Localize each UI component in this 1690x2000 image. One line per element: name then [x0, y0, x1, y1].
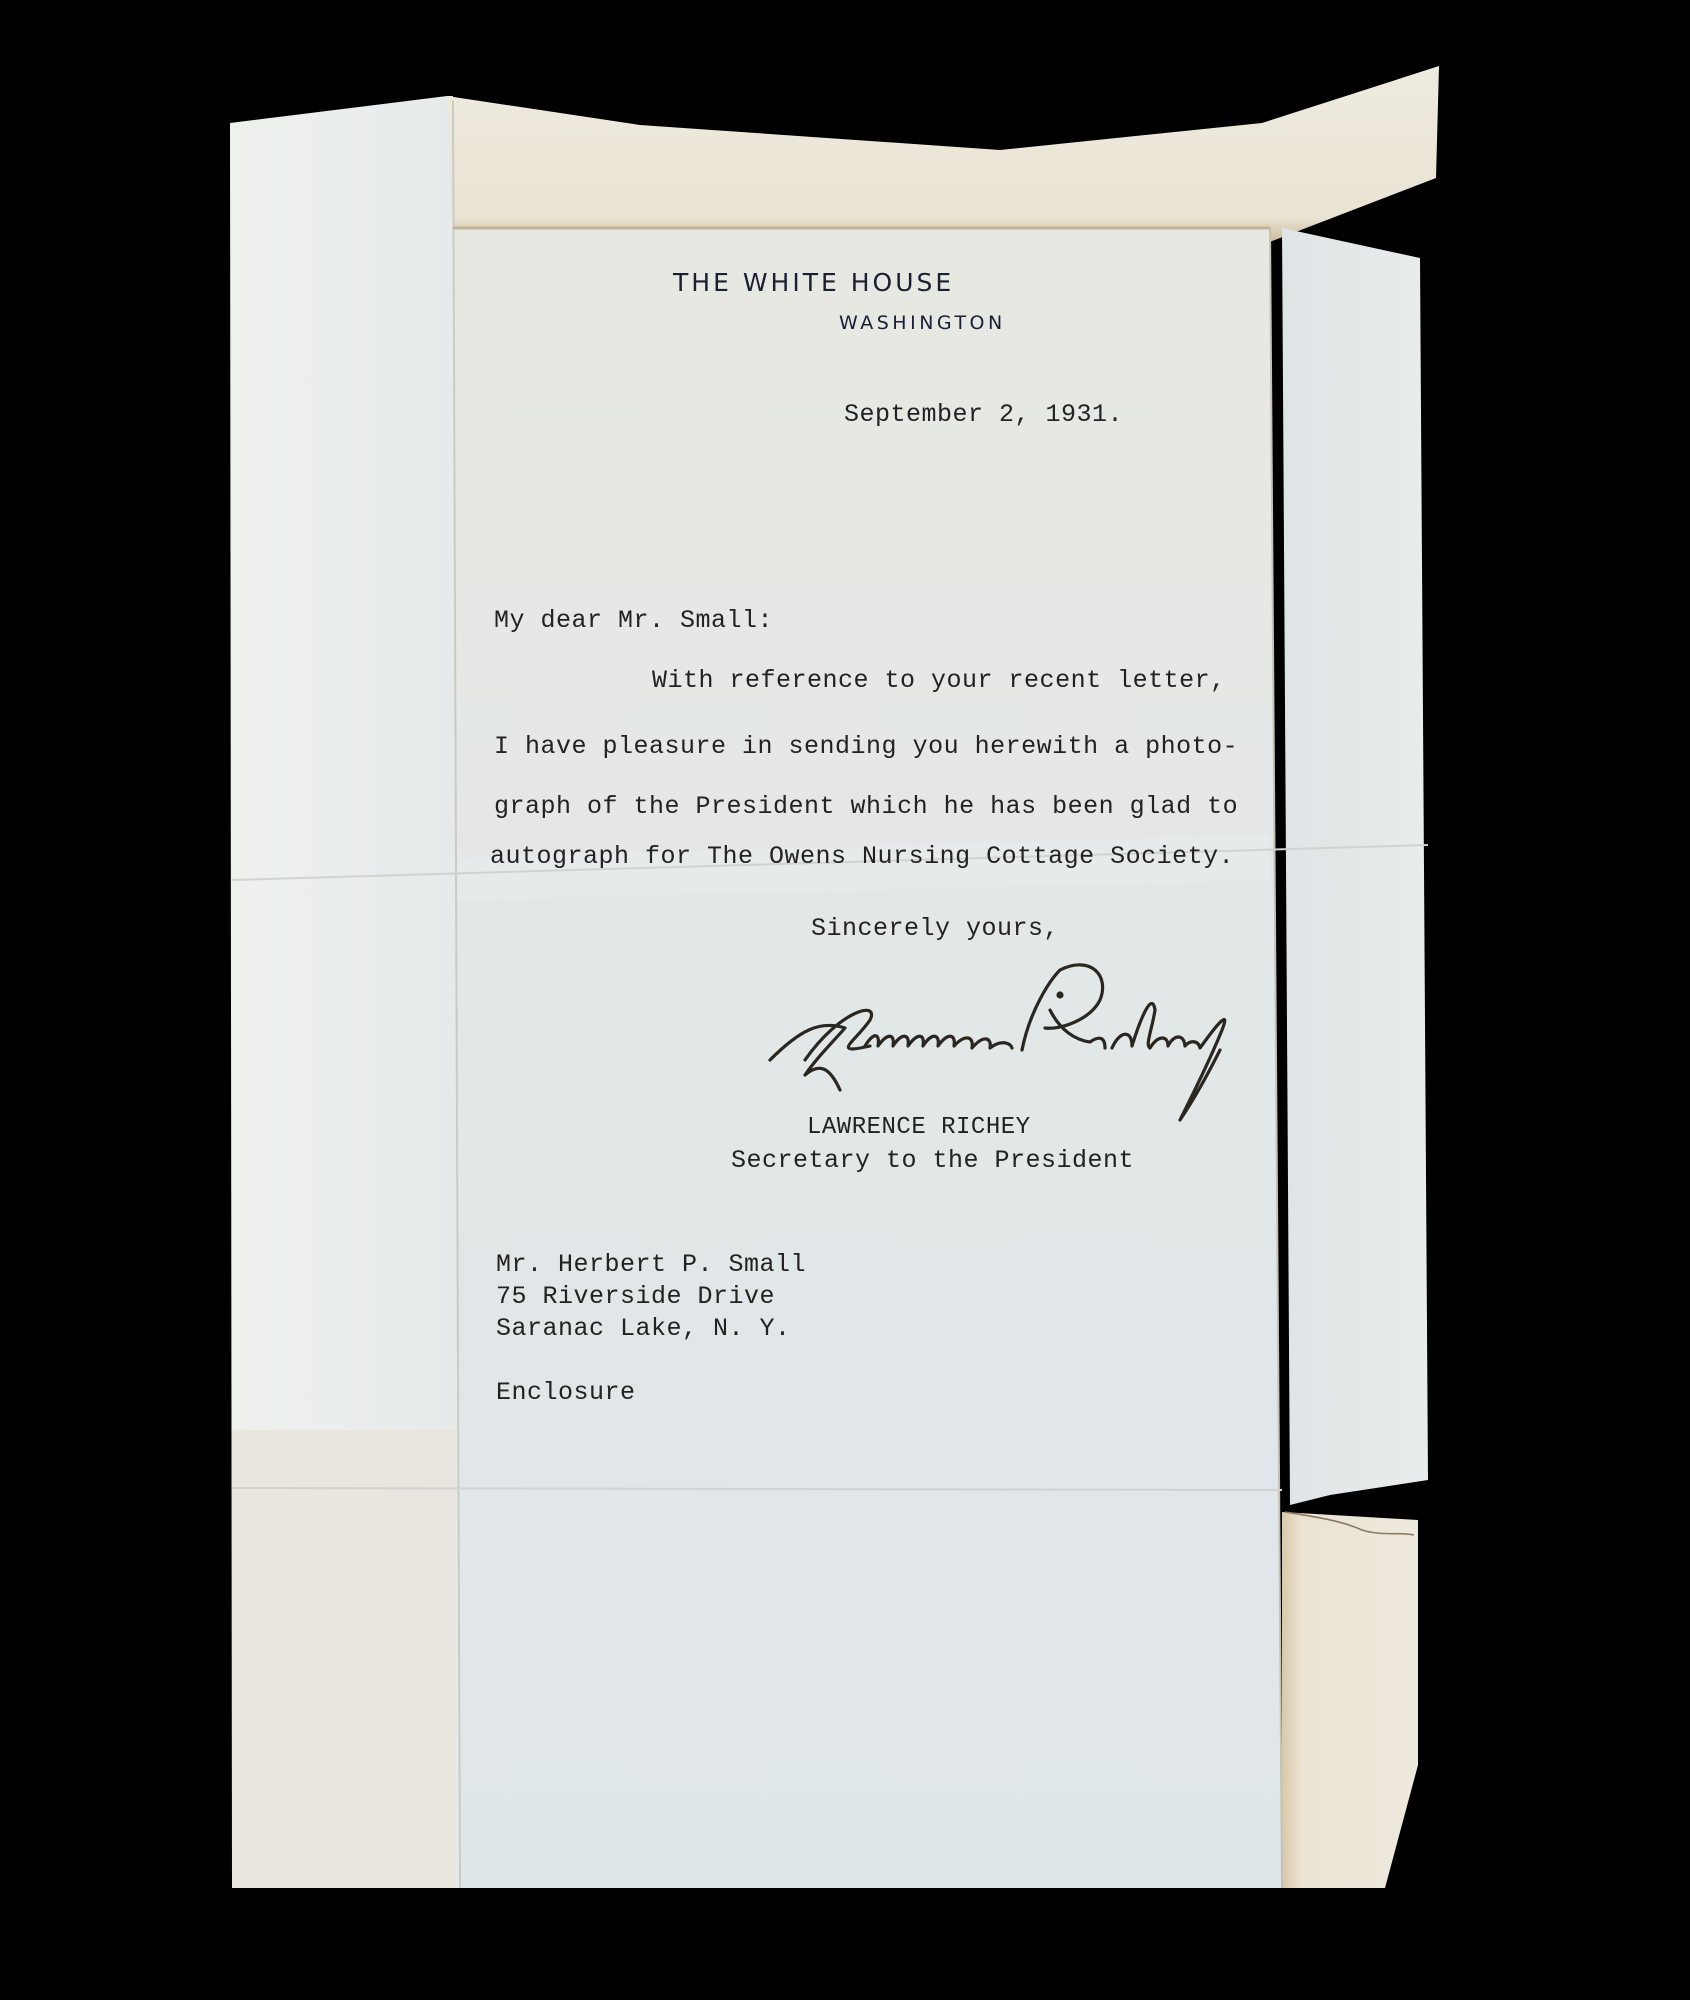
letterhead-subtitle: WASHINGTON [839, 312, 1006, 334]
recipient-name: Mr. Herbert P. Small [496, 1250, 806, 1279]
salutation: My dear Mr. Small: [494, 606, 773, 635]
enclosure-note: Enclosure [496, 1378, 636, 1407]
recipient-street: 75 Riverside Drive [496, 1282, 775, 1311]
typed-signer-name: LAWRENCE RICHEY [807, 1114, 1031, 1141]
closing: Sincerely yours, [811, 914, 1059, 943]
handwritten-signature [760, 950, 1340, 1140]
body-line: I have pleasure in sending you herewith … [494, 732, 1238, 761]
letterhead-title: THE WHITE HOUSE [673, 268, 954, 297]
recipient-city: Saranac Lake, N. Y. [496, 1314, 791, 1343]
body-line: autograph for The Owens Nursing Cottage … [490, 842, 1234, 871]
body-line: graph of the President which he has been… [494, 792, 1238, 821]
signer-title: Secretary to the President [731, 1146, 1134, 1175]
body-line: With reference to your recent letter, [652, 666, 1226, 695]
letter-date: September 2, 1931. [844, 400, 1123, 429]
